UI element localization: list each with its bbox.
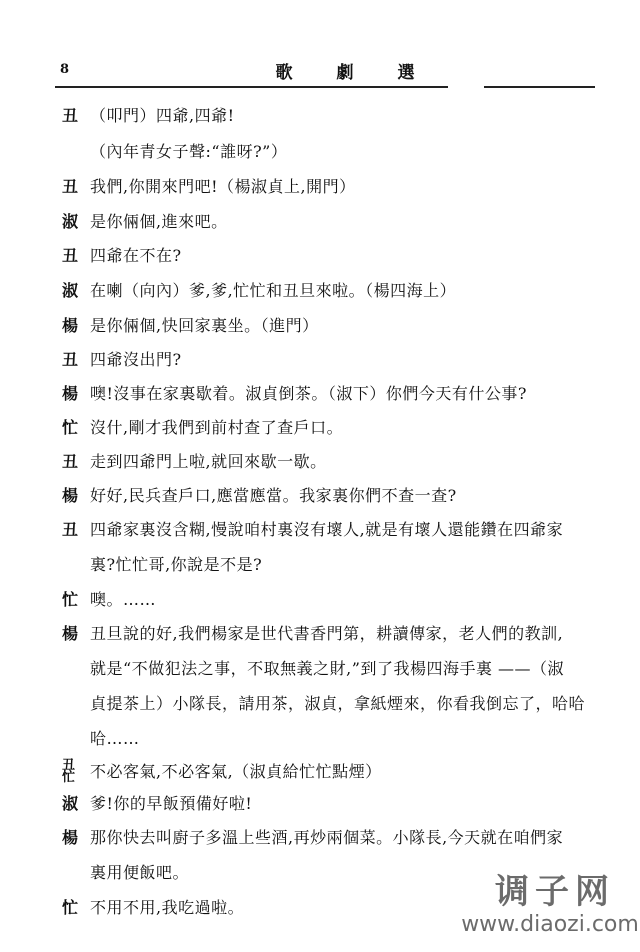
dual-speaker-label: 丑 忙 [62,760,90,784]
dialogue-text: 走到四爺門上啦,就回來歇一歇。 [90,452,327,472]
speaker-label: 忙 [62,418,90,438]
speaker-label: 淑 [62,794,90,814]
speaker-label: 楊 [62,384,90,404]
dialogue-line: 忙沒什,剛才我們到前村查了查戶口。 [62,418,343,438]
dialogue-text: 爹!你的早飯預備好啦! [90,794,252,814]
speaker-label: 忙 [62,898,90,918]
dialogue-line: 丑四爺在不在? [62,246,182,266]
dialogue-line: 淑是你倆個,進來吧。 [62,212,228,232]
dialogue-text: 不必客氣,不必客氣,（淑貞給忙忙點煙） [90,762,382,782]
stage-direction-line: （內年青女子聲:“誰呀?”） [62,142,287,162]
page-header: 8 歌劇選 [52,58,592,82]
dialogue-text: 貞提茶上）小隊長，請用茶，淑貞，拿紙煙來，你看我倒忘了，哈哈 [90,694,585,714]
dialogue-line: 忙噢。…… [62,590,156,610]
speaker-label: 忙 [62,590,90,610]
speaker-label: 丑 [62,452,90,472]
dialogue-text: 四爺家裏沒含糊,慢說咱村裏沒有壞人,就是有壞人還能鑽在四爺家 [90,520,563,540]
dialogue-line: 淑在喇（向內）爹,爹,忙忙和丑旦來啦。（楊四海上） [62,281,456,301]
speaker-label: 楊 [62,624,90,644]
continuation-line: 哈…… [90,729,140,749]
speaker-label: 丑 [62,350,90,370]
dialogue-text: 是你倆個,進來吧。 [90,212,228,232]
dialogue-text: 在喇（向內）爹,爹,忙忙和丑旦來啦。（楊四海上） [90,281,456,301]
header-rule [55,86,595,88]
dialogue-line: 丑四爺家裏沒含糊,慢說咱村裏沒有壞人,就是有壞人還能鑽在四爺家 [62,520,563,540]
speaker-label: 楊 [62,486,90,506]
dialogue-text: （內年青女子聲:“誰呀?”） [90,142,287,162]
dialogue-line: 忙不用不用,我吃過啦。 [62,898,244,918]
dialogue-line: 楊是你倆個,快回家裏坐。（進門） [62,316,319,336]
dialogue-text: （叩門）四爺,四爺! [90,106,235,126]
speaker-label: 丑 [62,246,90,266]
dialogue-text: 裏?忙忙哥,你說是不是? [90,555,262,575]
dialogue-text: 好好,民兵查戶口,應當應當。我家裏你們不查一查? [90,486,457,506]
dialogue-text: 我們,你開來門吧!（楊淑貞上,開門） [90,177,356,197]
scanned-page: 8 歌劇選 丑（叩門）四爺,四爺! （內年青女子聲:“誰呀?”） 丑我們,你開來… [0,0,640,952]
site-watermark: 调子网 www.diaozi.com [470,872,640,938]
dialogue-line: 丑我們,你開來門吧!（楊淑貞上,開門） [62,177,356,197]
dialogue-text: 噢!沒事在家裏歇着。淑貞倒茶。（淑下）你們今天有什公事? [90,384,527,404]
speaker-label: 淑 [62,212,90,232]
speaker-label: 忙 [62,772,90,784]
speaker-label: 楊 [62,316,90,336]
dialogue-line: 楊那你快去叫廚子多溫上些酒,再炒兩個菜。小隊長,今天就在咱們家 [62,828,563,848]
speaker-label: 楊 [62,828,90,848]
dialogue-text: 丑旦說的好,我們楊家是世代書香門第，耕讀傳家，老人們的教訓, [90,624,563,644]
dialogue-text: 那你快去叫廚子多溫上些酒,再炒兩個菜。小隊長,今天就在咱們家 [90,828,563,848]
continuation-line: 貞提茶上）小隊長，請用茶，淑貞，拿紙煙來，你看我倒忘了，哈哈 [90,694,585,714]
dialogue-text: 裏用便飯吧。 [90,863,189,883]
header-rule-gap [448,85,484,89]
speaker-label: 淑 [62,281,90,301]
dialogue-text: 噢。…… [90,590,156,610]
running-title: 歌劇選 [52,58,592,83]
dialogue-text: 哈…… [90,729,140,749]
dialogue-text: 就是“不做犯法之事，不取無義之財,”到了我楊四海手裏 ——（淑 [90,659,564,679]
dialogue-line: 楊丑旦說的好,我們楊家是世代書香門第，耕讀傳家，老人們的教訓, [62,624,563,644]
dialogue-line: 楊噢!沒事在家裏歇着。淑貞倒茶。（淑下）你們今天有什公事? [62,384,527,404]
dialogue-line: 丑走到四爺門上啦,就回來歇一歇。 [62,452,327,472]
dialogue-line-dual-speaker: 丑 忙 不必客氣,不必客氣,（淑貞給忙忙點煙） [62,760,382,784]
watermark-name: 调子网 [470,872,640,912]
continuation-line: 裏用便飯吧。 [90,863,189,883]
dialogue-text: 四爺在不在? [90,246,182,266]
speaker-label: 丑 [62,106,90,126]
dialogue-line: 丑四爺沒出門? [62,350,182,370]
dialogue-line: 丑（叩門）四爺,四爺! [62,106,235,126]
dialogue-text: 不用不用,我吃過啦。 [90,898,244,918]
dialogue-text: 是你倆個,快回家裏坐。（進門） [90,316,319,336]
dialogue-line: 楊好好,民兵查戶口,應當應當。我家裏你們不查一查? [62,486,457,506]
dialogue-line: 淑爹!你的早飯預備好啦! [62,794,252,814]
continuation-line: 裏?忙忙哥,你說是不是? [90,555,262,575]
continuation-line: 就是“不做犯法之事，不取無義之財,”到了我楊四海手裏 ——（淑 [90,659,564,679]
dialogue-text: 四爺沒出門? [90,350,182,370]
speaker-label: 丑 [62,177,90,197]
dialogue-text: 沒什,剛才我們到前村查了查戶口。 [90,418,343,438]
speaker-label: 丑 [62,520,90,540]
watermark-url: www.diaozi.com [460,912,640,938]
